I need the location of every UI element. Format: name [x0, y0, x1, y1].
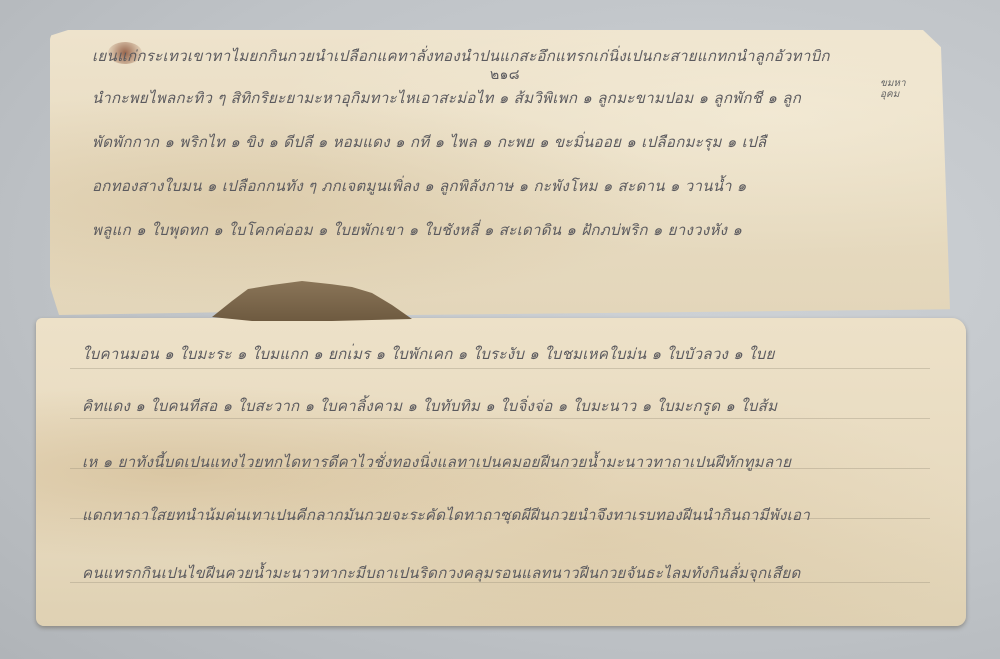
- bottom-line-2: คิทแดง ๑ ใบคนทีสอ ๑ ใบสะวาก ๑ ใบคาลิ้งคา…: [82, 394, 777, 418]
- bottom-line-4: แดกทาถาใสยทนำน้มค่นเทาเปนคีกลากมันกวยจะร…: [82, 503, 810, 527]
- rule-line: [70, 368, 930, 369]
- bottom-line-5: คนแทรกกินเปนไขฝีนควยน้ำมะนาวทากะมีบถาเปน…: [82, 561, 801, 585]
- rule-line: [70, 418, 930, 419]
- top-line-4: อกทองสางใบมน ๑ เปลือกกนทัง ๆ ภกเจตมูนเพิ…: [92, 174, 747, 198]
- top-line-5: พลูแก ๑ ใบพุดทก ๑ ใบโคกค่ออม ๑ ใบยพักเขา…: [92, 218, 742, 242]
- bottom-line-3: เห ๑ ยาทังนี้บดเปนแทงไวยทกไดทารดีคาไวชั่…: [82, 450, 791, 474]
- top-line-2: นำกะพยไพลกะทิว ๆ สิทิกริยะยามะหาอุกิมทาะ…: [92, 86, 801, 110]
- margin-note: ขมหา อุคม: [880, 78, 910, 100]
- folio-annotation: ๒๑๘: [490, 64, 520, 86]
- top-line-1: เยนแก่กระเทวเขาทาไมยกกินกวยนำเปลือกแคทาล…: [92, 44, 830, 68]
- top-line-3: พัดพักกาก ๑ พริกไท ๑ ขิง ๑ ดีปลี ๑ หอมแด…: [92, 130, 766, 154]
- bottom-line-1: ใบคานมอน ๑ ใบมะระ ๑ ใบมแกก ๑ ยกเ่มร ๑ ใบ…: [82, 342, 775, 366]
